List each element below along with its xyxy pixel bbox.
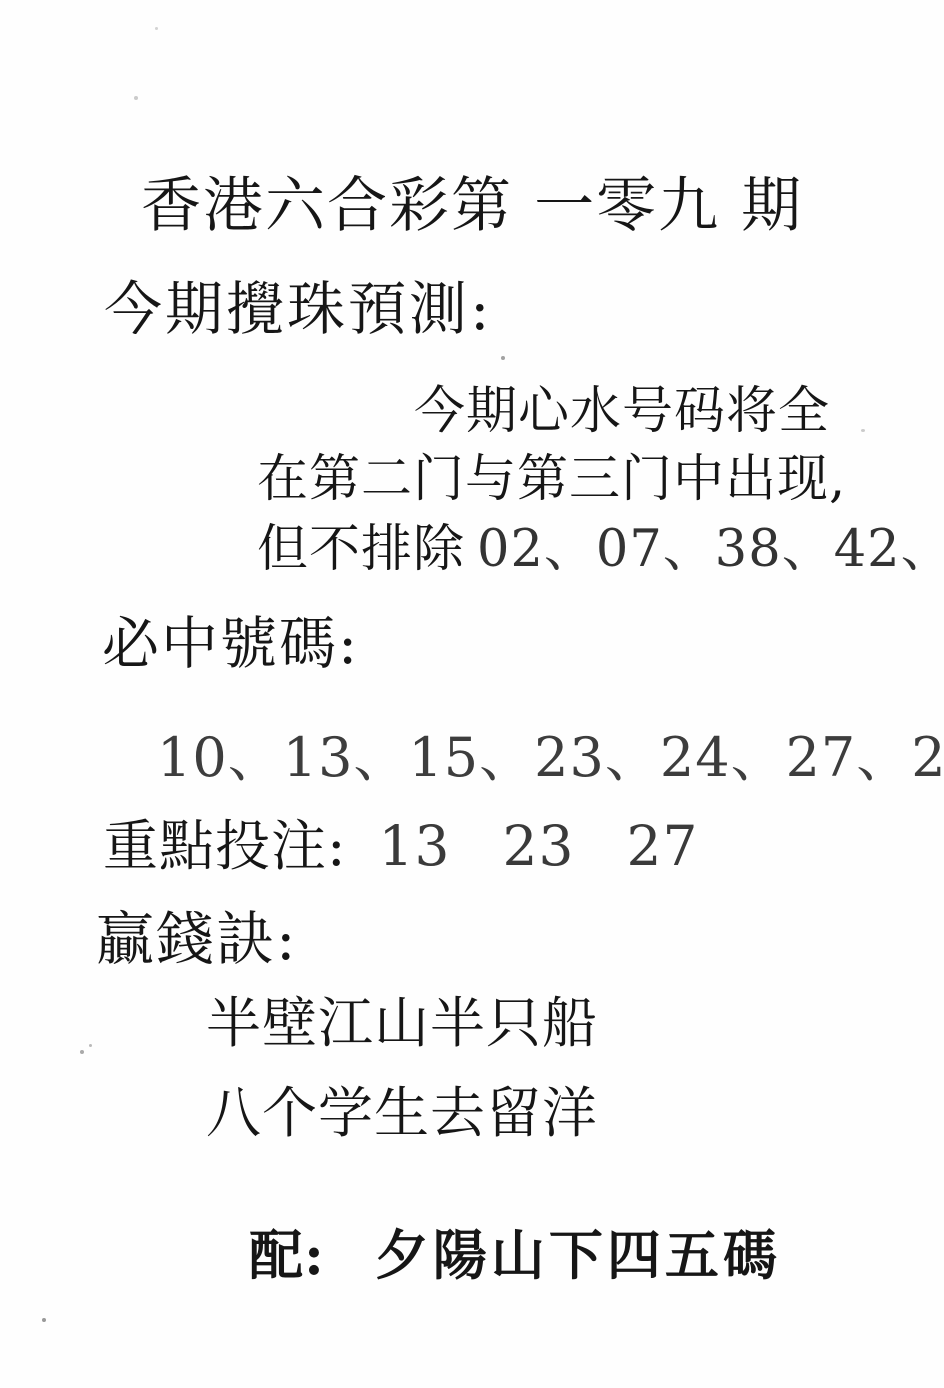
forecast-line-3-prefix: 但不排除 xyxy=(257,520,465,579)
scan-speck xyxy=(80,1050,84,1054)
winning-verse-line-1: 半壁江山半只船 xyxy=(206,992,598,1055)
key-bet-number: 13 xyxy=(379,814,451,878)
pairing-line: 配:夕陽山下四五碼 xyxy=(249,1224,781,1286)
forecast-line-1: 今期心水号码将全 xyxy=(414,383,830,442)
forecast-line-3: 但不排除02、07、38、42、47 xyxy=(257,521,944,580)
winning-verse-label: 贏錢訣: xyxy=(96,906,298,973)
scan-speck xyxy=(42,1318,46,1322)
pairing-label: 配: xyxy=(249,1223,325,1287)
forecast-heading: 今期攪珠預測: xyxy=(104,276,493,343)
key-bet-number: 27 xyxy=(627,814,699,878)
forecast-excluded-numbers: 02、07、38、42、47 xyxy=(477,520,944,579)
scan-speck xyxy=(89,1044,92,1047)
forecast-line-2: 在第二门与第三门中出现, xyxy=(257,451,846,510)
winning-verse-line-2: 八个学生去留洋 xyxy=(206,1082,598,1145)
scan-speck xyxy=(134,96,138,100)
scan-speck xyxy=(155,27,158,30)
must-hit-numbers: 10、13、15、23、24、27、28 xyxy=(157,727,944,789)
scan-speck xyxy=(501,356,505,360)
doc-title: 香港六合彩第 一零九 期 xyxy=(141,172,803,241)
scan-speck xyxy=(861,429,865,432)
scanned-lottery-sheet: 香港六合彩第 一零九 期 今期攪珠預測: 今期心水号码将全 在第二门与第三门中出… xyxy=(0,0,944,1388)
key-bet-number: 23 xyxy=(503,814,575,878)
must-hit-label: 必中號碼: xyxy=(102,612,359,678)
key-bets-label: 重點投注: xyxy=(103,814,347,878)
pairing-text: 夕陽山下四五碼 xyxy=(375,1223,781,1287)
key-bets-line: 重點投注:132327 xyxy=(103,815,699,878)
